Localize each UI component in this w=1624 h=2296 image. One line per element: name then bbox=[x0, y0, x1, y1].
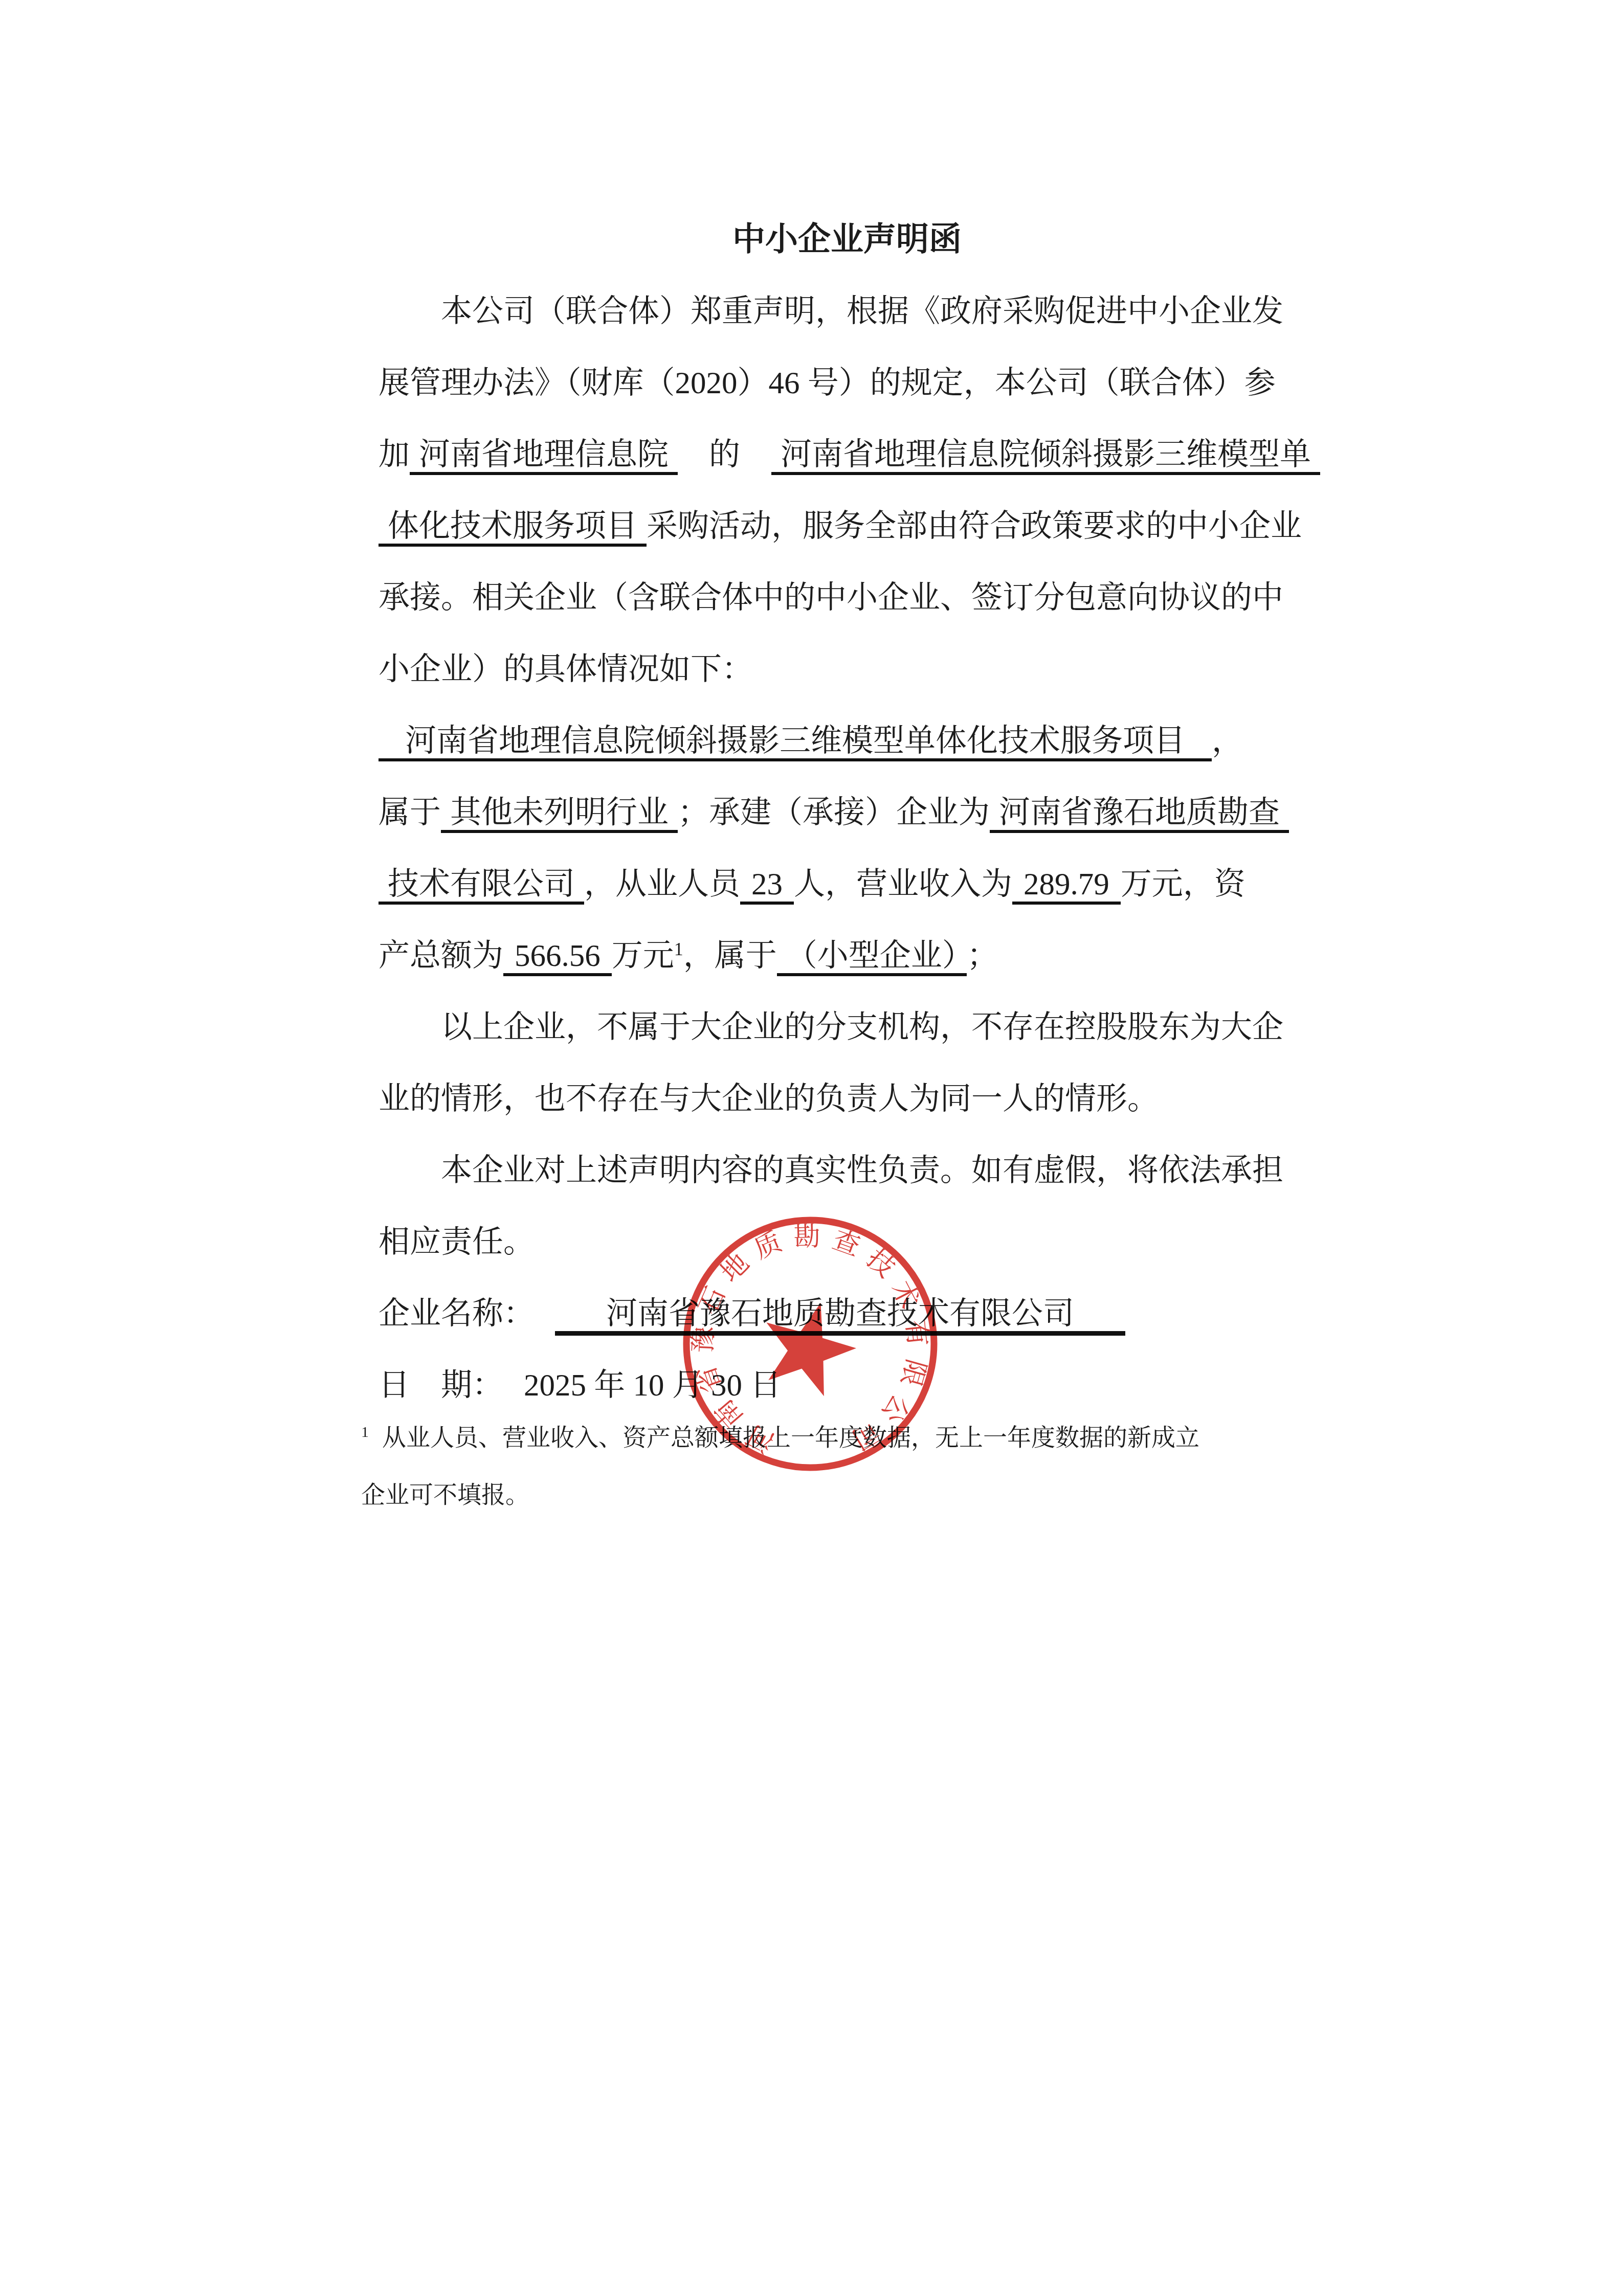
footnote-mark: 1 bbox=[361, 1424, 369, 1440]
p1-line1: 本公司（联合体）郑重声明，根据《政府采购促进中小企业发 bbox=[379, 276, 1316, 348]
company-name-value: 河南省豫石地质勘查技术有限公司 bbox=[555, 1297, 1125, 1336]
declaration-page: 中小企业声明函 本公司（联合体）郑重声明，根据《政府采购促进中小企业发 展管理办… bbox=[0, 0, 1624, 2296]
project-name-blank-part2: 体化技术服务项目 bbox=[379, 509, 647, 547]
p1-line5: 承接。相关企业（含联合体中的中小企业、签订分包意向协议的中 bbox=[379, 562, 1316, 634]
project-name-repeat-blank: 河南省地理信息院倾斜摄影三维模型单体化技术服务项目 bbox=[379, 724, 1212, 761]
contractor-name-blank-part1: 河南省豫石地质勘查 bbox=[990, 796, 1289, 833]
p3-line2: 业的情形，也不存在与大企业的负责人为同一人的情形。 bbox=[379, 1064, 1316, 1135]
project-name-blank-part1: 河南省地理信息院倾斜摄影三维模型单 bbox=[771, 438, 1320, 475]
p2-line2: 属于其他未列明行业；承建（承接）企业为河南省豫石地质勘查 bbox=[379, 777, 1316, 849]
p2-line2-text2: ；承建（承接）企业为 bbox=[678, 796, 990, 830]
p2-line3-text1: ，从业人员 bbox=[584, 867, 740, 902]
p2-line1-text1: ， bbox=[1212, 724, 1243, 758]
p2-line4-text1: 产总额为 bbox=[379, 939, 503, 973]
contractor-name-blank-part2: 技术有限公司 bbox=[379, 867, 584, 905]
total-assets-blank: 566.56 bbox=[503, 939, 612, 976]
footnote-line2: 企业可不填报。 bbox=[361, 1467, 1364, 1524]
footnote-line1: 1从业人员、营业收入、资产总额填报上一年度数据，无上一年度数据的新成立 bbox=[361, 1409, 1364, 1467]
p4-line1: 本企业对上述声明内容的真实性负责。如有虚假，将依法承担 bbox=[379, 1135, 1316, 1207]
footnote-reference: 1 bbox=[674, 939, 683, 959]
p1-line6: 小企业）的具体情况如下： bbox=[379, 634, 1316, 706]
p1-line2: 展管理办法》（财库（2020）46 号）的规定，本公司（联合体）参 bbox=[379, 348, 1316, 419]
p3-line1: 以上企业，不属于大企业的分支机构，不存在控股股东为大企 bbox=[379, 992, 1316, 1064]
p2-line4-text3: ，属于 bbox=[683, 939, 777, 973]
industry-blank: 其他未列明行业 bbox=[441, 796, 678, 833]
p2-line4-text2: 万元 bbox=[612, 939, 674, 973]
p1-line4-text1: 采购活动，服务全部由符合政策要求的中小企业 bbox=[647, 509, 1302, 544]
footnote-text1: 从业人员、营业收入、资产总额填报上一年度数据，无上一年度数据的新成立 bbox=[382, 1425, 1199, 1451]
p2-line3-text3: 万元，资 bbox=[1121, 867, 1245, 902]
employee-count-blank: 23 bbox=[740, 867, 794, 905]
p2-line1: 河南省地理信息院倾斜摄影三维模型单体化技术服务项目， bbox=[379, 706, 1316, 777]
p1-line4: 体化技术服务项目采购活动，服务全部由符合政策要求的中小企业 bbox=[379, 491, 1316, 562]
document-body: 本公司（联合体）郑重声明，根据《政府采购促进中小企业发 展管理办法》（财库（20… bbox=[379, 276, 1316, 1422]
p2-line4: 产总额为566.56万元1，属于（小型企业）； bbox=[379, 920, 1316, 992]
company-name-label: 企业名称： bbox=[379, 1297, 535, 1331]
p2-line3: 技术有限公司，从业人员23人，营业收入为289.79万元，资 bbox=[379, 849, 1316, 920]
company-name-line: 企业名称：河南省豫石地质勘查技术有限公司 bbox=[379, 1278, 1316, 1350]
date-label: 日 期： bbox=[379, 1368, 503, 1403]
p4-line2: 相应责任。 bbox=[379, 1207, 1316, 1278]
p2-line3-text2: 人，营业收入为 bbox=[794, 867, 1012, 902]
p2-line2-text1: 属于 bbox=[379, 796, 441, 830]
footnote-block: 1从业人员、营业收入、资产总额填报上一年度数据，无上一年度数据的新成立 企业可不… bbox=[361, 1409, 1364, 1524]
p1-line3-text2: 的 bbox=[678, 438, 771, 472]
enterprise-size-blank: （小型企业） bbox=[777, 939, 967, 976]
revenue-blank: 289.79 bbox=[1012, 867, 1121, 905]
p2-line4-text4: ； bbox=[967, 939, 998, 973]
purchaser-name-blank: 河南省地理信息院 bbox=[410, 438, 678, 475]
page-title: 中小企业声明函 bbox=[379, 204, 1316, 275]
date-value: 2025 年 10 月 30 日 bbox=[524, 1368, 781, 1403]
p1-line3-text1: 加 bbox=[379, 438, 410, 472]
p1-line3: 加河南省地理信息院 的 河南省地理信息院倾斜摄影三维模型单 bbox=[379, 419, 1316, 491]
